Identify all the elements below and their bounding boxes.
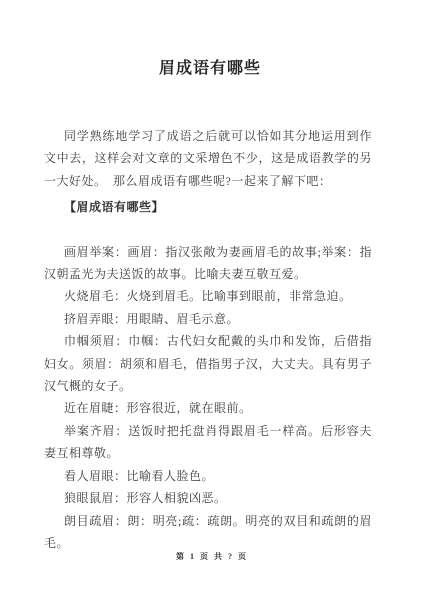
idiom-entry-list: 画眉举案：画眉：指汉张敞为妻画眉毛的故事;举案：指汉朝孟光为夫送饭的故事。比喻夫…	[44, 241, 372, 555]
document-page: 眉成语有哪些 同学熟练地学习了成语之后就可以恰如其分地运用到作文中去，这样会对文…	[0, 0, 424, 600]
page-number-footer: 第 1 页 共 ? 页	[0, 551, 424, 562]
idiom-entry: 挤眉弄眼：用眼睛、眉毛示意。	[44, 308, 372, 330]
idiom-entry: 狼眼鼠眉：形容人相貌凶恶。	[44, 487, 372, 509]
idiom-entry: 近在眉睫：形容很近，就在眼前。	[44, 397, 372, 419]
intro-paragraph: 同学熟练地学习了成语之后就可以恰如其分地运用到作文中去，这样会对文章的文采增色不…	[44, 125, 372, 192]
section-heading: 【眉成语有哪些】	[44, 196, 372, 218]
idiom-entry: 画眉举案：画眉：指汉张敞为妻画眉毛的故事;举案：指汉朝孟光为夫送饭的故事。比喻夫…	[44, 241, 372, 286]
idiom-entry: 朗目疏眉：朗：明亮;疏：疏朗。明亮的双目和疏朗的眉毛。	[44, 510, 372, 555]
idiom-entry: 火烧眉毛：火烧到眉毛。比喻事到眼前，非常急迫。	[44, 285, 372, 307]
page-title: 眉成语有哪些	[48, 58, 372, 80]
idiom-entry: 巾帼须眉：巾帼：古代妇女配戴的头巾和发饰，后借指妇女。须眉：胡须和眉毛，借指男子…	[44, 330, 372, 397]
idiom-entry: 看人眉眼：比喻看人脸色。	[44, 465, 372, 487]
idiom-entry: 举案齐眉：送饭时把托盘肖得跟眉毛一样高。后形容夫妻互相尊敬。	[44, 420, 372, 465]
